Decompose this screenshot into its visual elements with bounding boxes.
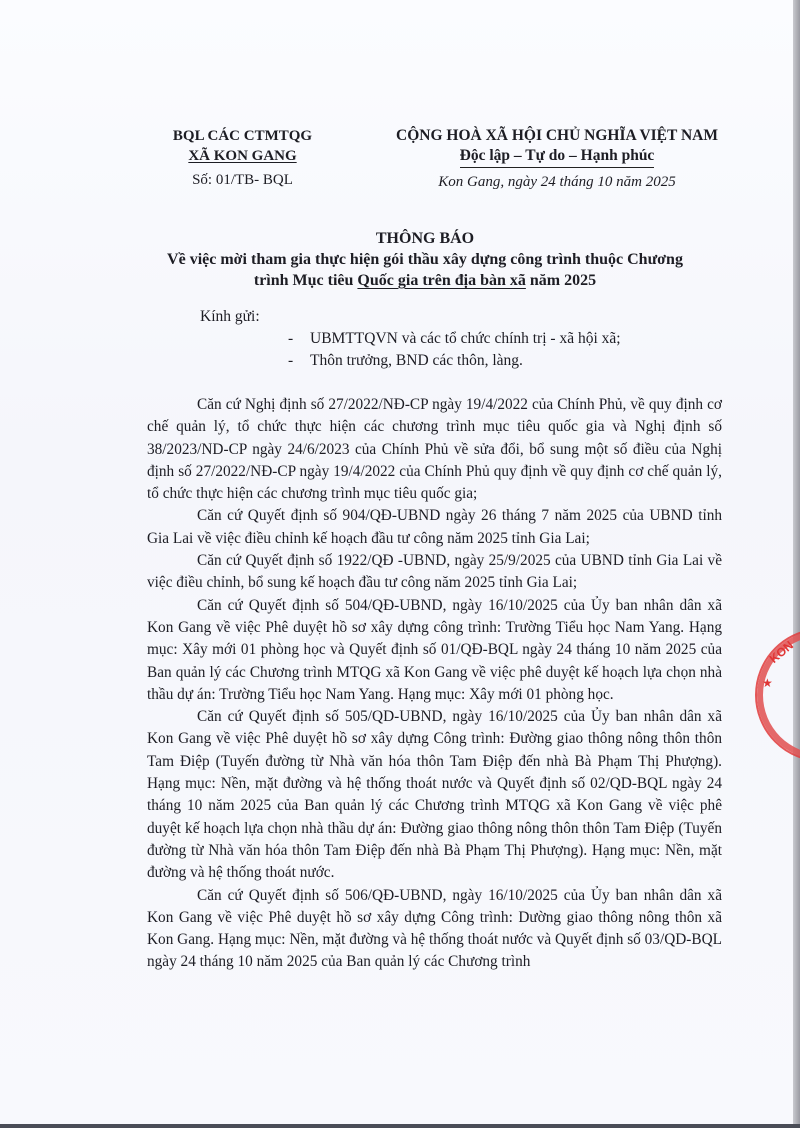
body-paragraph: Căn cứ Quyết định số 1922/QĐ -UBND, ngày… [147, 550, 722, 595]
recipients-label: Kính gửi: [200, 308, 260, 326]
scan-edge-bottom [0, 1124, 800, 1128]
body-paragraph: Căn cứ Nghị định số 27/2022/NĐ-CP ngày 1… [147, 394, 722, 505]
document-title-block: THÔNG BÁO Về việc mời tham gia thực hiện… [100, 228, 750, 291]
recipient-item: -UBMTTQVN và các tổ chức chính trị - xã … [288, 330, 621, 348]
national-header-block: CỘNG HOÀ XÃ HỘI CHỦ NGHĨA VIỆT NAM Độc l… [372, 126, 742, 192]
issue-place-date: Kon Gang, ngày 24 tháng 10 năm 2025 [372, 172, 742, 192]
body-paragraph: Căn cứ Quyết định số 904/QĐ-UBND ngày 26… [147, 505, 722, 550]
scan-edge-right [793, 0, 800, 1128]
document-subject-line2: trình Mục tiêu Quốc gia trên địa bàn xã … [100, 270, 750, 291]
issuing-agency-block: BQL CÁC CTMTQG XÃ KON GANG Số: 01/TB- BQ… [150, 126, 335, 190]
document-heading: THÔNG BÁO [100, 228, 750, 249]
document-subject-line1: Về việc mời tham gia thực hiện gói thầu … [100, 249, 750, 270]
recipient-text: Thôn trưởng, BND các thôn, làng. [310, 352, 523, 369]
subject-underlined-text: Quốc gia trên địa bàn xã [357, 272, 525, 289]
recipient-text: UBMTTQVN và các tổ chức chính trị - xã h… [310, 330, 621, 347]
document-body: Căn cứ Nghị định số 27/2022/NĐ-CP ngày 1… [147, 394, 722, 974]
agency-locality: XÃ KON GANG [188, 148, 296, 164]
body-paragraph: Căn cứ Quyết định số 504/QĐ-UBND, ngày 1… [147, 595, 722, 706]
recipient-item: -Thôn trưởng, BND các thôn, làng. [288, 352, 523, 370]
agency-name: BQL CÁC CTMTQG [150, 126, 335, 146]
subject-text-end: năm 2025 [526, 272, 596, 289]
country-name: CỘNG HOÀ XÃ HỘI CHỦ NGHĨA VIỆT NAM [372, 126, 742, 146]
subject-text: trình Mục tiêu [254, 272, 358, 289]
national-motto: Độc lập – Tự do – Hạnh phúc [460, 146, 655, 168]
document-number: Số: 01/TB- BQL [150, 170, 335, 190]
body-paragraph: Căn cứ Quyết định số 506/QĐ-UBND, ngày 1… [147, 885, 722, 974]
seal-star-icon: ★ [762, 676, 773, 691]
body-paragraph: Căn cứ Quyết định số 505/QD-UBND, ngày 1… [147, 706, 722, 884]
